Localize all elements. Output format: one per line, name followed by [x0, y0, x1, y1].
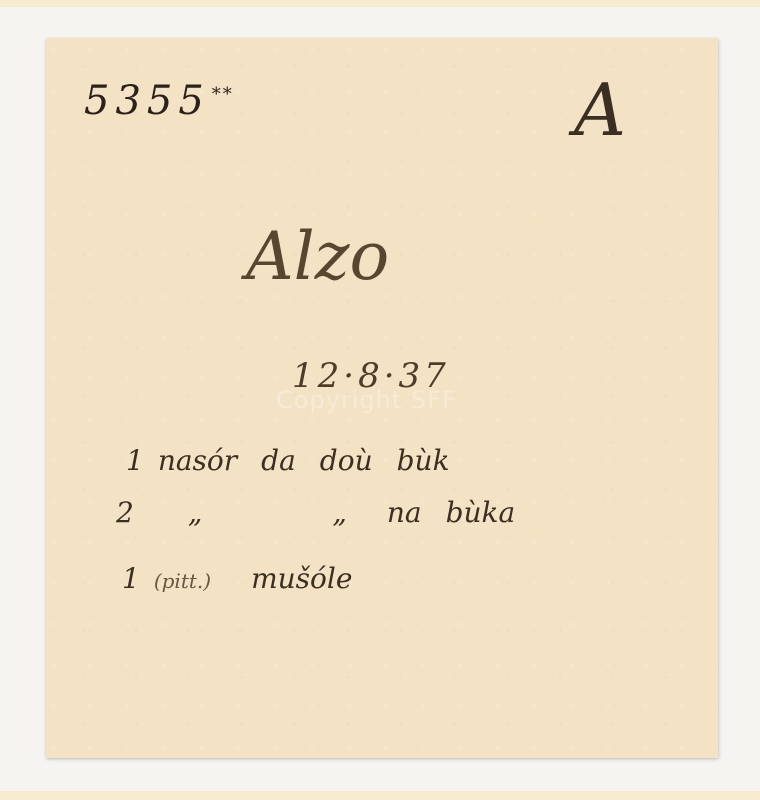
scan-edge-bottom	[0, 791, 760, 800]
entry-quantity: 1	[122, 562, 140, 595]
entry-quantity: 2	[116, 496, 134, 529]
entry-quantity: 1	[126, 444, 144, 477]
entry-line-2: 2„„nabùka	[116, 496, 515, 529]
category-letter: A	[574, 68, 626, 152]
entry-note: (pitt.)	[154, 569, 211, 593]
entry-line-1: 1nasórdadoùbùk	[126, 444, 450, 477]
catalog-number: 5355**	[84, 78, 234, 124]
catalog-marks: **	[212, 84, 234, 105]
place-name: Alzo	[246, 218, 389, 295]
entry-word: nasór	[158, 444, 237, 477]
catalog-number-value: 5355	[84, 78, 210, 124]
entry-word: na	[387, 496, 422, 529]
entry-word: mušóle	[251, 562, 352, 595]
ditto-mark: „	[188, 496, 203, 529]
entry-word: doù	[320, 444, 373, 477]
entry-word: da	[261, 444, 296, 477]
entry-line-3: 1(pitt.)mušóle	[122, 562, 352, 595]
entry-word: bùk	[397, 444, 450, 477]
ditto-mark: „	[332, 496, 347, 529]
copyright-watermark: Copyright SFF	[276, 386, 457, 414]
entry-word: bùka	[446, 496, 516, 529]
scan-edge-top	[0, 0, 760, 7]
archive-card: 5355** A Alzo 12·8·37 Copyright SFF 1nas…	[46, 38, 718, 758]
